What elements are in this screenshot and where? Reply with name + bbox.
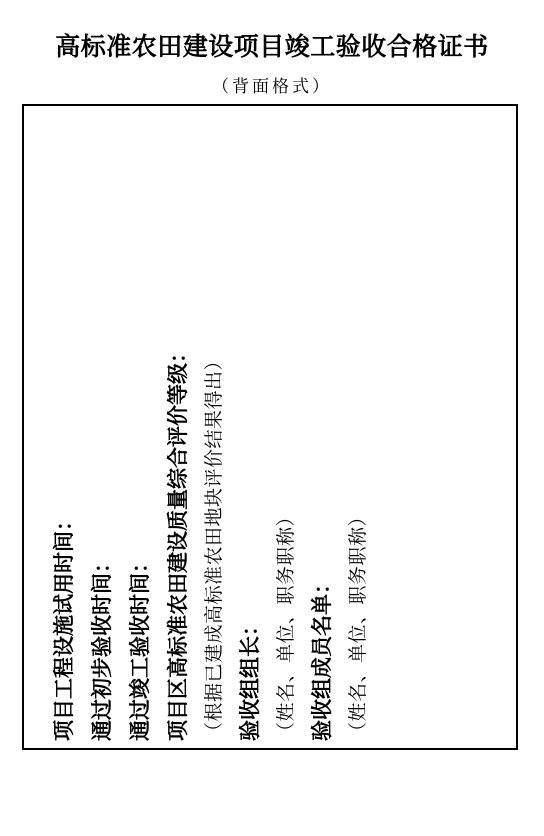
field-label-completion-acceptance-time: 通过竣工验收时间： <box>122 121 160 741</box>
field-label-acceptance-group-leader: 验收组组长： <box>232 121 270 741</box>
field-label-acceptance-group-members: 验收组成员名单： <box>304 121 342 741</box>
field-note-members-name-unit-title: （姓名、单位、职务职称） <box>342 121 376 741</box>
field-note-evaluation-basis: （根据已建成高标准农田地块评价结果得出） <box>198 121 232 741</box>
page-title: 高标准农田建设项目竣工验收合格证书 <box>0 32 544 63</box>
field-label-quality-evaluation-grade: 项目区高标准农田建设质量综合评价等级： <box>160 121 198 741</box>
field-label-trial-use-time: 项目工程设施试用时间： <box>46 121 84 741</box>
rotated-field-list: 项目工程设施试用时间： 通过初步验收时间： 通过竣工验收时间： 项目区高标准农田… <box>46 121 376 741</box>
certificate-body-box: 项目工程设施试用时间： 通过初步验收时间： 通过竣工验收时间： 项目区高标准农田… <box>22 104 518 750</box>
field-label-preliminary-acceptance-time: 通过初步验收时间： <box>84 121 122 741</box>
certificate-page: 高标准农田建设项目竣工验收合格证书 （背面格式） 项目工程设施试用时间： 通过初… <box>0 0 544 836</box>
page-subtitle: （背面格式） <box>0 76 544 98</box>
field-note-leader-name-unit-title: （姓名、单位、职务职称） <box>270 121 304 741</box>
